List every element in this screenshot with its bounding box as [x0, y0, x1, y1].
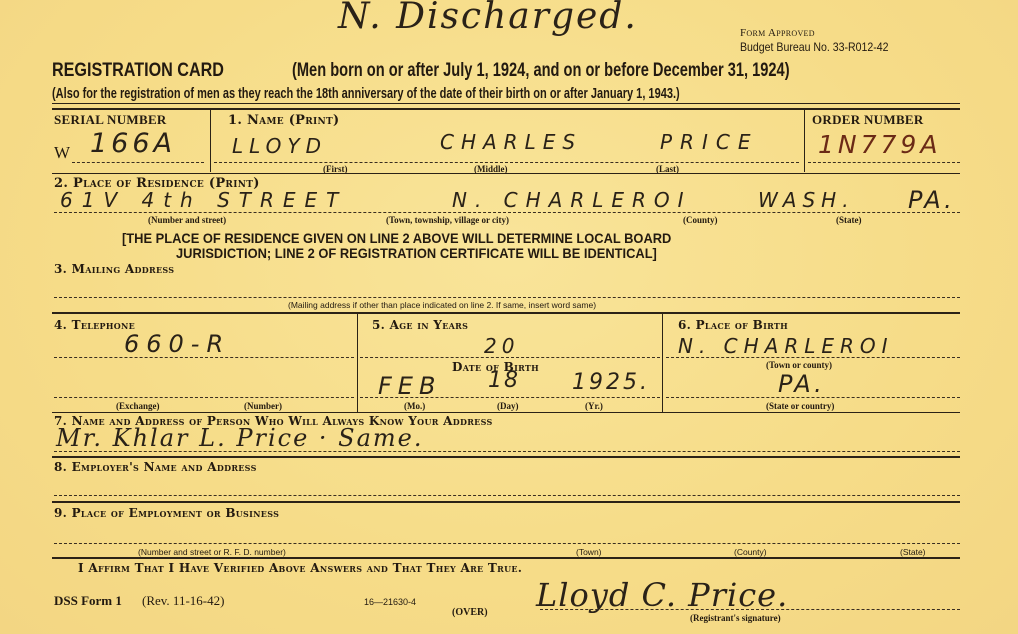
order-dashline — [808, 162, 960, 163]
residence-town-caption: (Town, township, village or city) — [386, 215, 509, 225]
dob-day-caption: (Day) — [497, 401, 519, 411]
residence-state-value[interactable]: PA. — [908, 186, 955, 214]
employment-place-label: 9. Place of Employment or Business — [54, 506, 279, 520]
affirmation-text: I Affirm That I Have Verified Above Answ… — [78, 561, 522, 575]
employment-dashline — [54, 543, 960, 544]
residence-county-caption: (County) — [683, 215, 718, 225]
birthplace-label: 6. Place of Birth — [678, 318, 788, 332]
birthplace-town-caption: (Town or county) — [766, 360, 832, 370]
print-code: 16—21630-4 — [364, 597, 416, 607]
employer-label: 8. Employer's Name and Address — [54, 460, 257, 474]
employment-town-caption: (Town) — [576, 547, 602, 557]
telephone-number-caption: (Number) — [244, 401, 282, 411]
birthplace-dashline — [666, 357, 960, 358]
age-dashline — [360, 357, 660, 358]
divider — [52, 501, 960, 503]
form-revision: (Rev. 11-16-42) — [142, 593, 224, 609]
form-id: DSS Form 1 — [54, 593, 122, 609]
contact-person-value[interactable]: Mr. Khlar L. Price · Same. — [56, 424, 424, 452]
divider — [357, 314, 358, 412]
name-middle-value[interactable]: CHARLES — [440, 130, 582, 154]
form-approved-label: Form Approved — [740, 27, 815, 39]
subtitle-underline — [52, 103, 960, 104]
divider — [52, 173, 960, 174]
divider — [52, 108, 960, 110]
dob-day-value[interactable]: 18 — [488, 368, 520, 393]
telephone-value[interactable]: 660-R — [124, 330, 230, 358]
residence-town-value[interactable]: N. CHARLEROI — [452, 188, 692, 212]
divider — [52, 312, 960, 314]
dob-month-caption: (Mo.) — [404, 401, 425, 411]
divider — [52, 456, 960, 458]
birthplace-state-dashline — [666, 397, 960, 398]
name-label: 1. Name (Print) — [228, 113, 340, 128]
dob-month-value[interactable]: FEB — [378, 372, 441, 400]
serial-number-label: SERIAL NUMBER — [54, 112, 167, 128]
telephone-label: 4. Telephone — [54, 318, 135, 332]
serial-number-value[interactable]: 166A — [90, 128, 176, 159]
signature-dashline — [540, 609, 960, 610]
divider — [210, 110, 211, 172]
over-label: (OVER) — [452, 607, 488, 618]
residence-state-caption: (State) — [836, 215, 862, 225]
card-subtitle: (Also for the registration of men as the… — [52, 86, 680, 102]
employment-street-caption: (Number and street or R. F. D. number) — [138, 547, 286, 557]
employment-state-caption: (State) — [900, 547, 926, 557]
name-first-value[interactable]: LLOYD — [232, 134, 327, 158]
age-label: 5. Age in Years — [372, 318, 468, 332]
residence-notice-line2: JURISDICTION; LINE 2 OF REGISTRATION CER… — [176, 245, 657, 261]
name-dashline — [214, 162, 799, 163]
dob-dashline — [360, 397, 660, 398]
serial-prefix: W — [54, 143, 70, 163]
telephone-dashline — [54, 357, 354, 358]
name-last-value[interactable]: PRICE — [660, 130, 758, 154]
residence-street-value[interactable]: 61V 4th STREET — [60, 188, 347, 212]
card-title-subtext: (Men born on or after July 1, 1924, and … — [292, 60, 790, 82]
birthplace-state-caption: (State or country) — [766, 401, 834, 411]
signature-caption: (Registrant's signature) — [690, 613, 781, 623]
employer-dashline — [54, 495, 960, 496]
discharged-annotation: N. Discharged. — [338, 0, 638, 37]
contact-dashline — [54, 451, 960, 452]
order-number-label: ORDER NUMBER — [812, 112, 924, 128]
dob-year-caption: (Yr.) — [585, 401, 603, 411]
residence-dashline — [54, 212, 960, 213]
birthplace-town-value[interactable]: N. CHARLEROI — [678, 334, 894, 358]
residence-county-value[interactable]: WASH. — [758, 188, 855, 212]
dob-year-value[interactable]: 1925. — [572, 370, 650, 395]
order-number-value[interactable]: 1N779A — [818, 130, 941, 159]
employment-county-caption: (County) — [734, 547, 767, 557]
residence-notice-line1: [THE PLACE OF RESIDENCE GIVEN ON LINE 2 … — [122, 230, 671, 246]
divider — [804, 110, 805, 172]
telephone-exchange-caption: (Exchange) — [116, 401, 160, 411]
serial-dashline — [72, 162, 204, 163]
birthplace-state-value[interactable]: PA. — [778, 370, 825, 398]
divider — [662, 314, 663, 412]
budget-bureau-number: Budget Bureau No. 33-R012-42 — [740, 40, 889, 54]
mailing-address-caption: (Mailing address if other than place ind… — [288, 300, 596, 310]
age-value[interactable]: 20 — [484, 334, 519, 358]
card-title: REGISTRATION CARD — [52, 60, 224, 82]
mailing-address-label: 3. Mailing Address — [54, 262, 174, 276]
mailing-dashline — [54, 297, 960, 298]
divider — [52, 412, 960, 413]
divider — [52, 557, 960, 559]
residence-street-caption: (Number and street) — [148, 215, 226, 225]
telephone-dashline-2 — [54, 397, 354, 398]
